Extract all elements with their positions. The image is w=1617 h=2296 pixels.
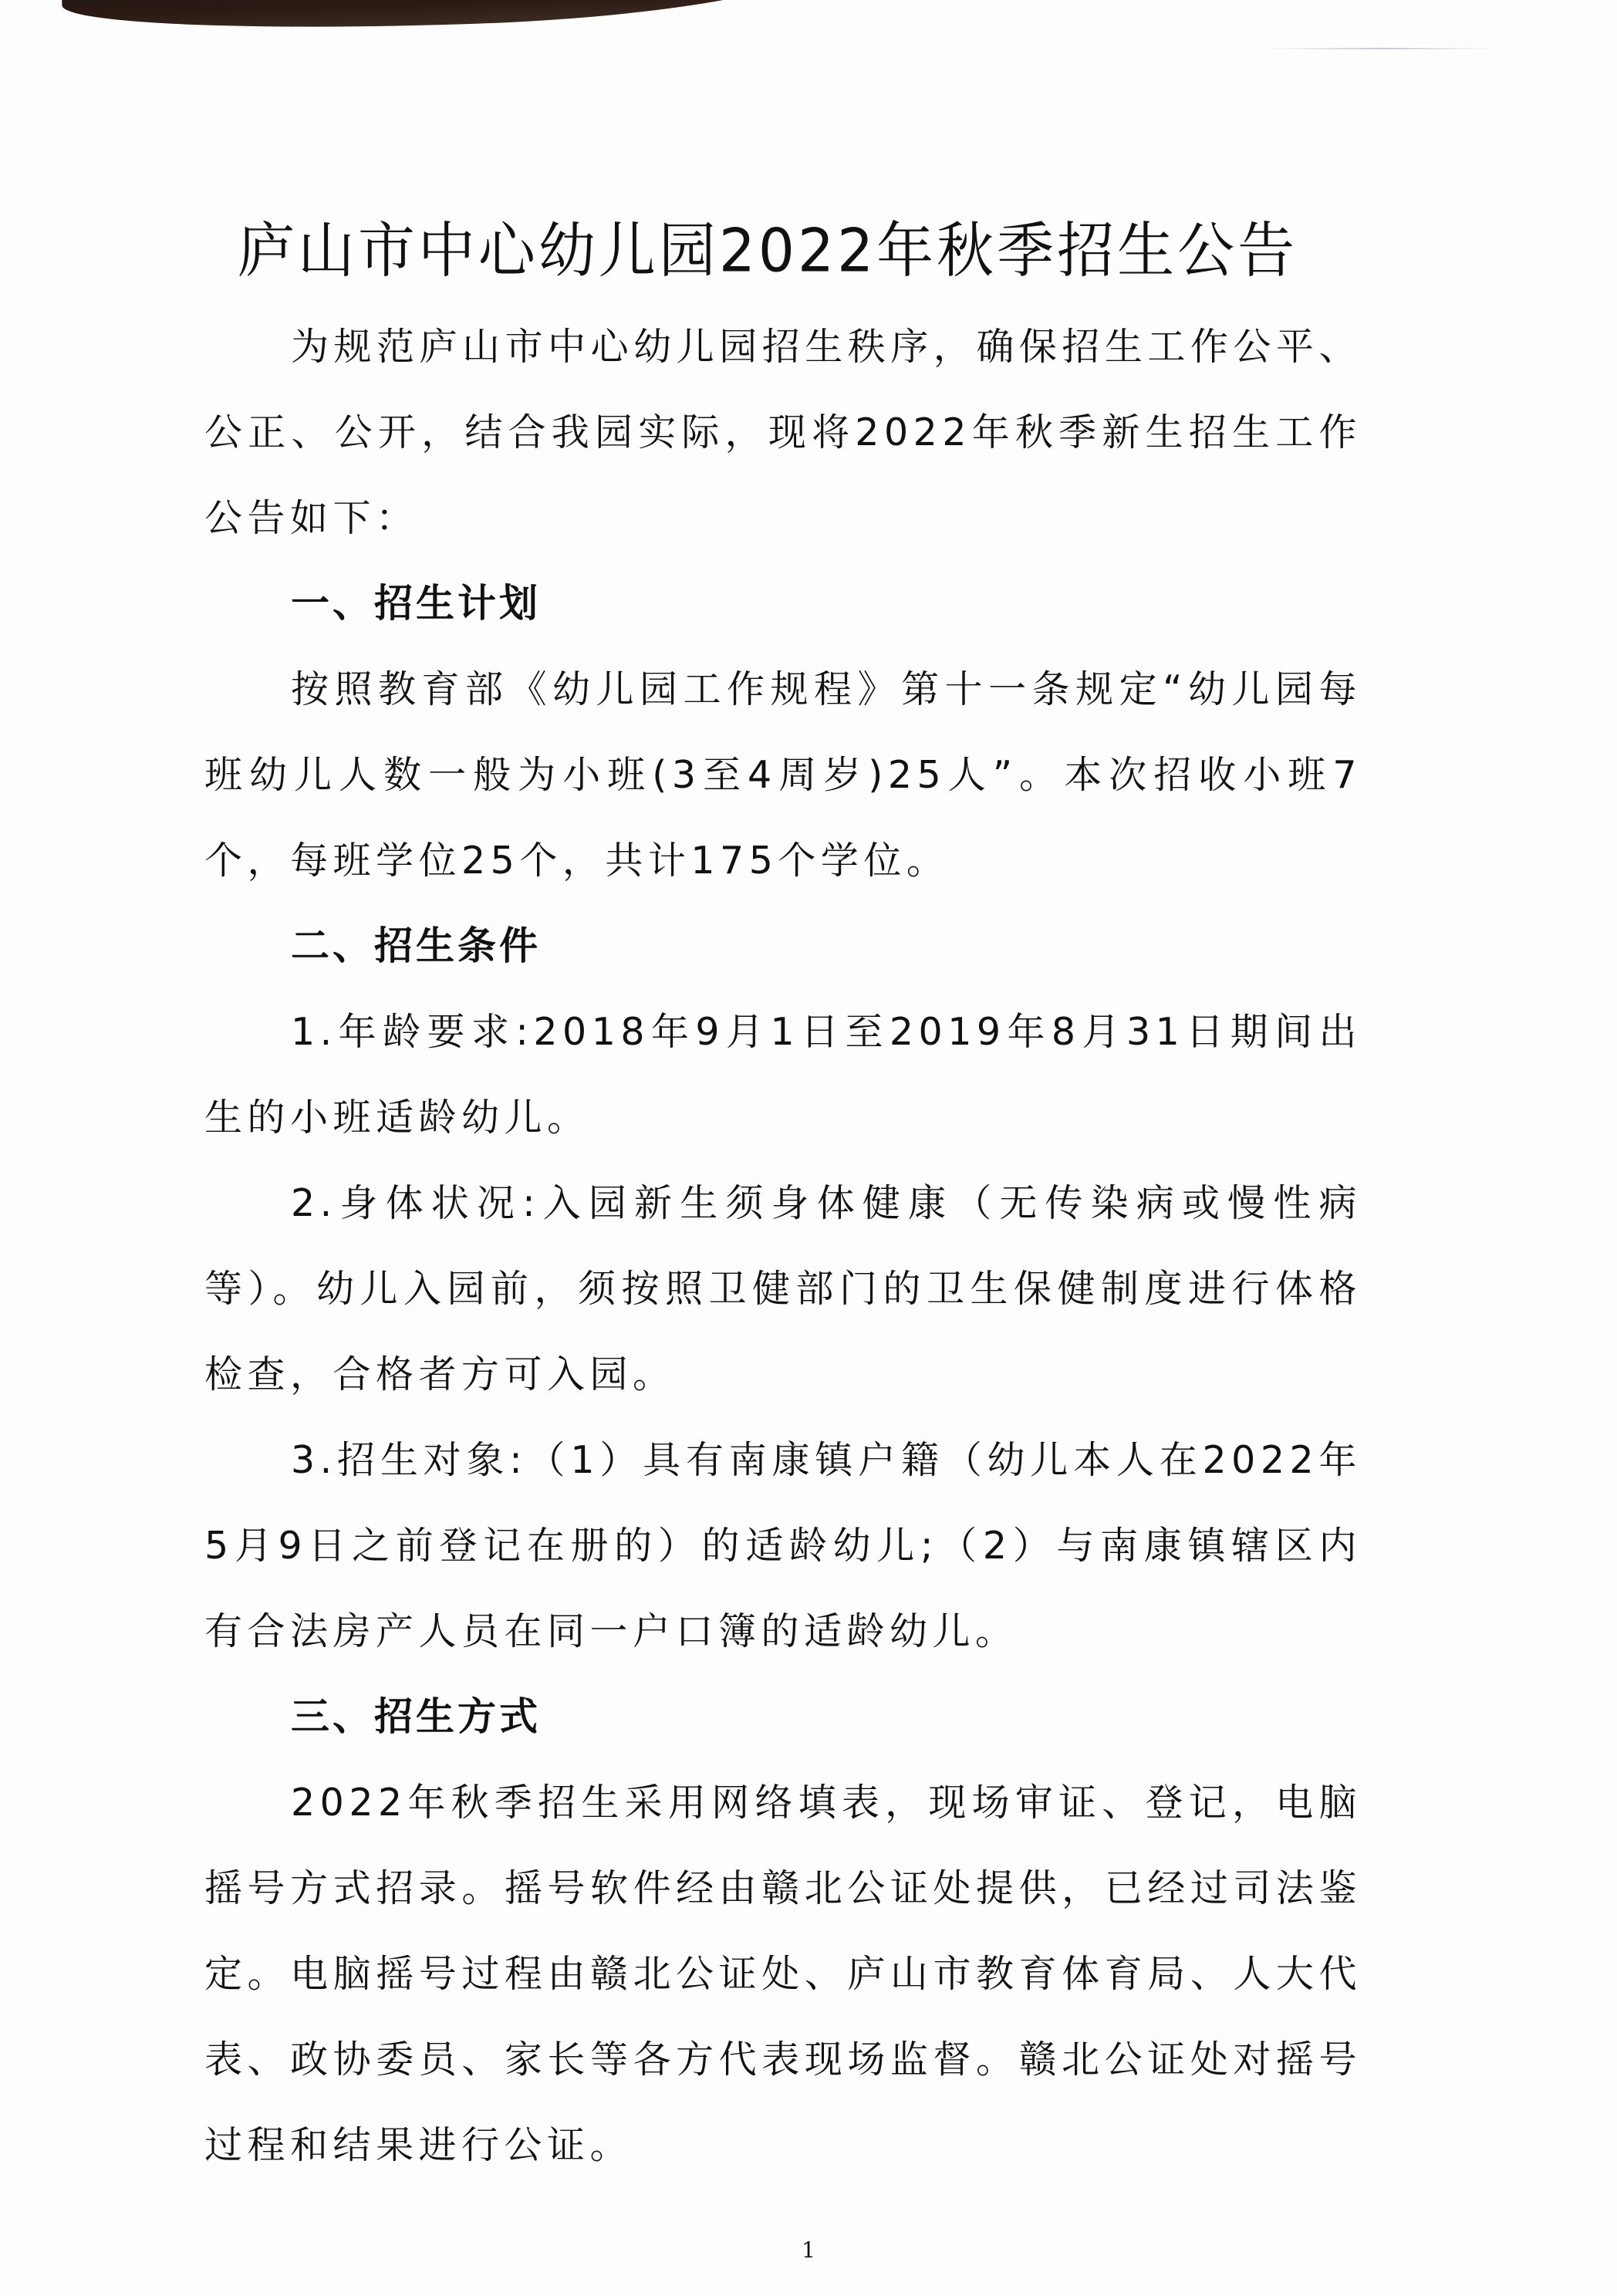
section-enrollment-plan: 一、招生计划 按照教育部《幼儿园工作规程》第十一条规定“幼儿园每班幼儿人数一般为… xyxy=(204,561,1362,903)
page-number: 1 xyxy=(0,2237,1617,2263)
intro-paragraph: 为规范庐山市中心幼儿园招生秩序，确保招生工作公平、公正、公开，结合我园实际，现将… xyxy=(204,304,1362,561)
scan-edge-shadow xyxy=(61,0,835,38)
section-heading: 一、招生计划 xyxy=(204,561,1362,647)
scan-artifact xyxy=(1265,48,1497,49)
section-paragraph: 按照教育部《幼儿园工作规程》第十一条规定“幼儿园每班幼儿人数一般为小班(3至4周… xyxy=(204,647,1362,903)
section-heading: 三、招生方式 xyxy=(204,1674,1362,1760)
section-enrollment-conditions: 二、招生条件 1.年龄要求:2018年9月1日至2019年8月31日期间出生的小… xyxy=(204,903,1362,1674)
document-page: 庐山市中心幼儿园2022年秋季招生公告 为规范庐山市中心幼儿园招生秩序，确保招生… xyxy=(204,208,1362,2188)
document-title: 庐山市中心幼儿园2022年秋季招生公告 xyxy=(174,206,1362,295)
condition-eligibility: 3.招生对象:（1）具有南康镇户籍（幼儿本人在2022年5月9日之前登记在册的）… xyxy=(204,1417,1362,1674)
section-paragraph: 2022年秋季招生采用网络填表，现场审证、登记，电脑摇号方式招录。摇号软件经由赣… xyxy=(204,1760,1362,2188)
section-enrollment-method: 三、招生方式 2022年秋季招生采用网络填表，现场审证、登记，电脑摇号方式招录。… xyxy=(204,1674,1362,2188)
condition-health: 2.身体状况:入园新生须身体健康（无传染病或慢性病等）。幼儿入园前，须按照卫健部… xyxy=(204,1160,1362,1417)
condition-age: 1.年龄要求:2018年9月1日至2019年8月31日期间出生的小班适龄幼儿。 xyxy=(204,989,1362,1160)
section-heading: 二、招生条件 xyxy=(204,903,1362,989)
